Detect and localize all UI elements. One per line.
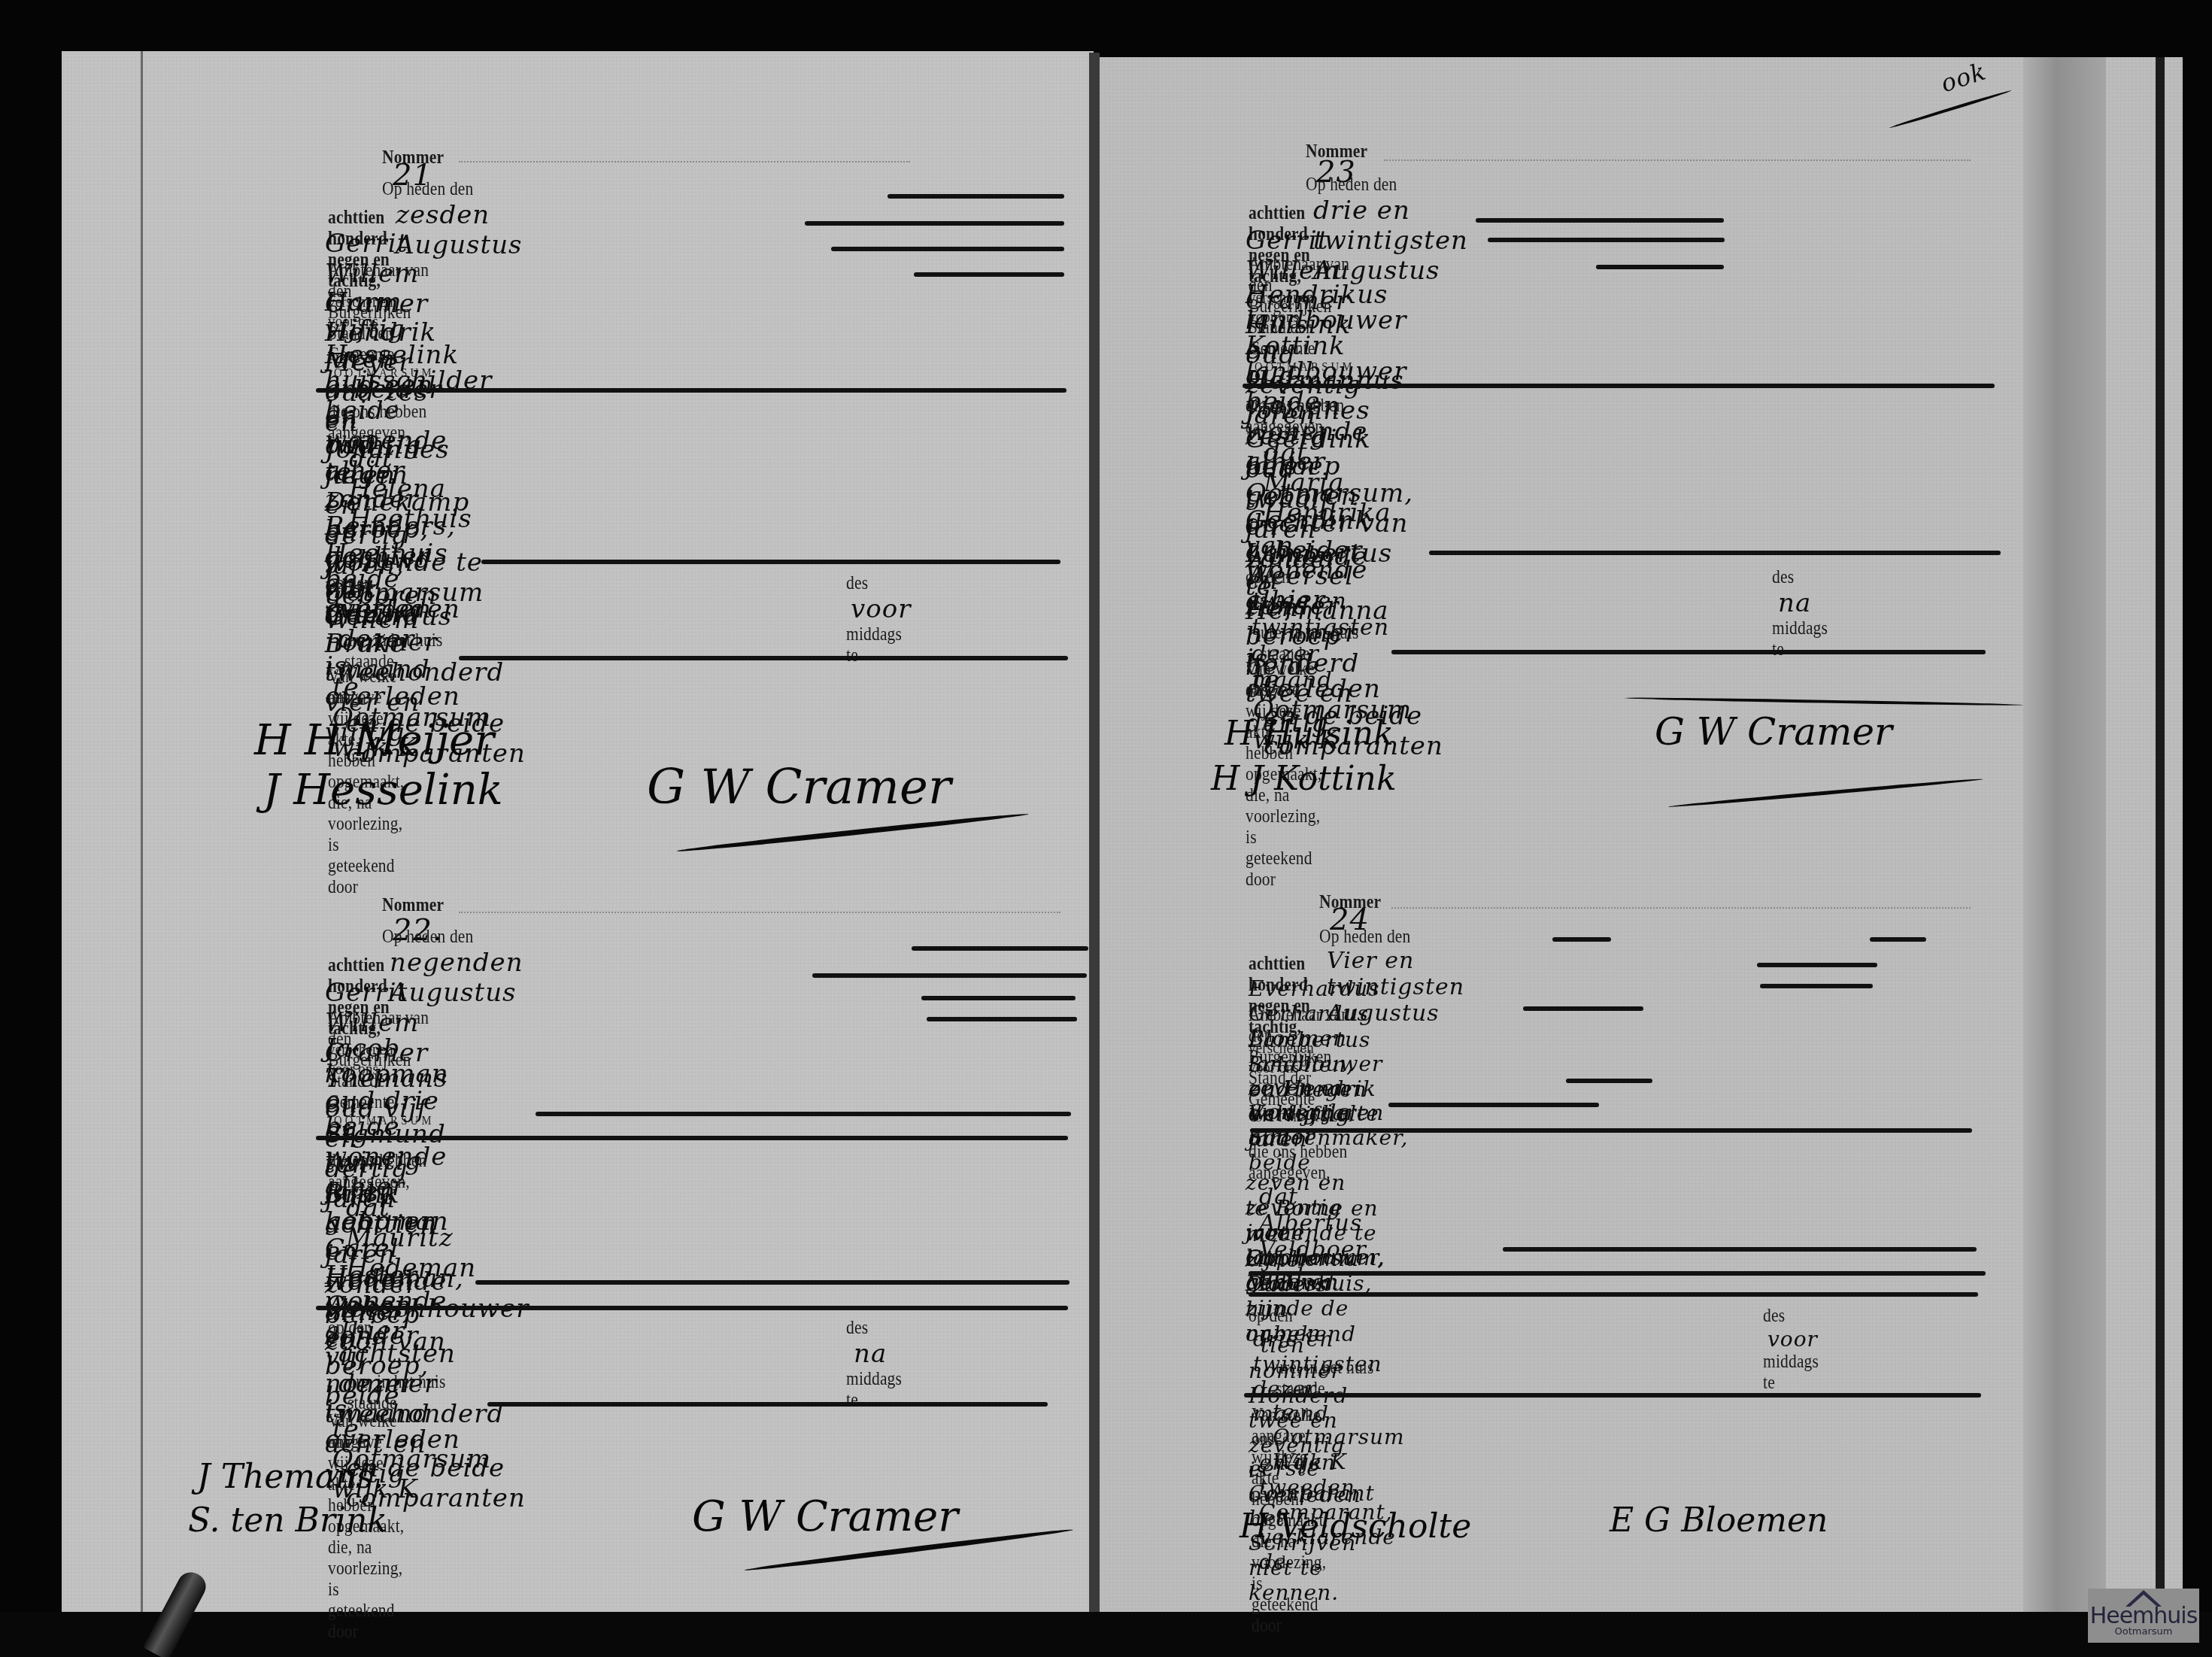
fill-rule: [921, 996, 1076, 1000]
op-heden-label: Op heden den: [1306, 175, 1397, 196]
fill-rule: [1429, 551, 2001, 555]
fill-rule: [1596, 265, 1724, 269]
fill-rule: [475, 1280, 1070, 1285]
fill-rule: [1388, 1103, 1599, 1107]
fill-rule: [812, 973, 1087, 978]
section-rule: [316, 1306, 1068, 1310]
time-of-day: des na middags te: [846, 1318, 911, 1411]
fill-rule: [927, 1017, 1077, 1021]
ons-label: ons: [328, 687, 350, 709]
time-of-day: des voor middags te: [1763, 1306, 1828, 1394]
fill-rule: [536, 1112, 1071, 1116]
signature-declarant-1: H Hulsink: [1224, 715, 1394, 753]
signature-official: E G Bloemen: [1610, 1501, 1828, 1540]
signature-official: G W Cramer: [692, 1492, 958, 1541]
fill-rule: [459, 656, 1068, 660]
op-heden-label: Op heden den: [382, 179, 473, 200]
fill-rule: [487, 1402, 1048, 1407]
fill-rule: [1552, 937, 1611, 942]
book-fold: [1089, 53, 1100, 1617]
fill-rule: [831, 247, 1064, 251]
left-page: [62, 51, 1094, 1614]
ons-label: ons: [1252, 1429, 1274, 1450]
fill-rule: [1757, 963, 1877, 967]
ampm: na: [1778, 588, 1811, 618]
signature-declarant-2: H J Kottink: [1211, 760, 1397, 798]
signature-official: G W Cramer: [1655, 710, 1892, 754]
fill-rule: [912, 946, 1088, 951]
section-rule: [1243, 384, 1995, 388]
op-den-label: op den: [1246, 567, 1290, 588]
dotted-line: [1384, 159, 1971, 161]
ons-label: ons: [1246, 680, 1268, 701]
fill-rule: [1476, 218, 1724, 223]
time-of-day: des voor middags te: [846, 573, 915, 666]
op-heden-label: Op heden den: [1319, 927, 1410, 948]
dotted-line: [459, 161, 910, 162]
op-den-label: op den: [1249, 1306, 1293, 1327]
section-rule: [1250, 1128, 1972, 1133]
fill-rule: [914, 272, 1064, 277]
fill-rule: [1870, 937, 1926, 942]
signature-declarant-2: J Hesselink: [263, 766, 503, 815]
fill-rule: [1523, 1006, 1643, 1011]
signature-declarant-1: H H Meijer: [254, 716, 494, 765]
op-den-label: op den: [328, 1318, 372, 1339]
section-rule: [1249, 1271, 1986, 1276]
fill-rule: [1488, 238, 1725, 242]
ampm: voor: [851, 594, 911, 624]
op-heden-label: Op heden den: [382, 927, 473, 948]
des-label: des: [846, 573, 868, 594]
fill-rule: [805, 221, 1064, 226]
des-label: des: [1763, 1306, 1785, 1327]
section-rule: [1244, 1393, 1981, 1398]
logo-name: Heemhuis: [2088, 1607, 2199, 1626]
signature-declarant-2: S. ten Brink: [188, 1501, 387, 1540]
section-rule: [316, 1136, 1068, 1140]
house-roof-icon: [2126, 1590, 2162, 1607]
hour: vijf: [325, 1342, 368, 1372]
fill-rule: [1760, 984, 1873, 988]
fill-rule: [1566, 1079, 1652, 1083]
section-rule: [1249, 1292, 1978, 1297]
fill-rule: [888, 194, 1064, 199]
fill-rule: [1391, 650, 1986, 654]
dotted-line: [1391, 907, 1971, 909]
hour: tien: [1261, 1333, 1305, 1358]
ampm: voor: [1767, 1327, 1818, 1352]
signature-declarant-1: J Themans.: [197, 1458, 384, 1496]
middags-label: middags te: [1763, 1352, 1819, 1394]
heemhuis-logo: Heemhuis Ootmarsum: [2088, 1589, 2199, 1643]
left-margin-rule: [141, 51, 143, 1614]
ampm: na: [854, 1339, 887, 1369]
ons-label: ons: [328, 1432, 350, 1453]
fill-rule: [1503, 1247, 1977, 1252]
right-black-rule: [2156, 57, 2165, 1614]
fill-rule: [481, 560, 1060, 564]
signature-declarant: H Veldscholte: [1240, 1507, 1471, 1546]
op-den-label: op den: [328, 573, 372, 594]
des-label: des: [1772, 567, 1794, 588]
time-of-day: des na middags te: [1772, 567, 1837, 660]
dotted-line: [459, 912, 1060, 913]
section-rule: [316, 388, 1067, 393]
signature-official: G W Cramer: [647, 760, 951, 815]
hour: drie: [325, 600, 380, 630]
des-label: des: [846, 1318, 868, 1339]
right-gutter-shade: [2023, 57, 2106, 1614]
